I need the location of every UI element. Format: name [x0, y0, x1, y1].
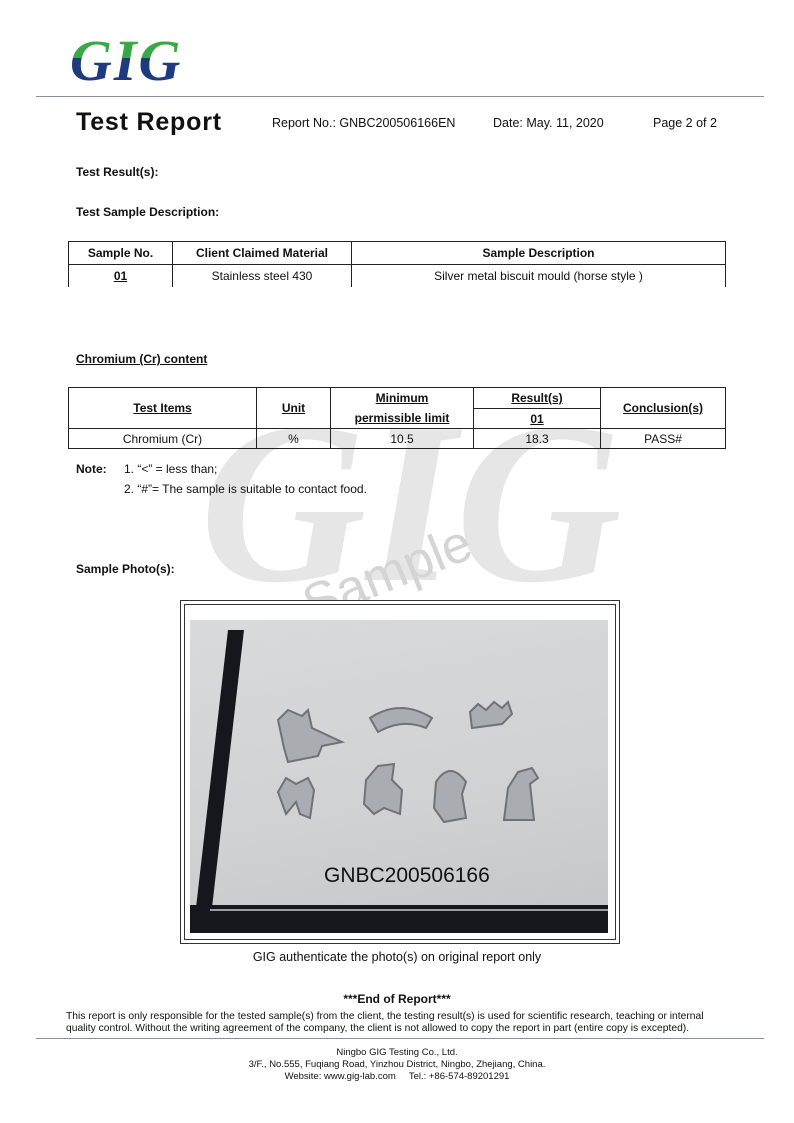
- report-date: Date: May. 11, 2020: [493, 116, 604, 130]
- cutter-witch: [364, 764, 402, 814]
- unit: %: [257, 429, 331, 449]
- photo-caption: GIG authenticate the photo(s) on origina…: [0, 950, 794, 964]
- footer-contact: Website: www.gig-lab.com Tel.: +86-574-8…: [0, 1071, 794, 1083]
- col-min-limit-line1: Minimum: [331, 388, 473, 408]
- col-material: Client Claimed Material: [173, 242, 352, 265]
- sample-description-heading: Test Sample Description:: [76, 205, 219, 219]
- description: Silver metal biscuit mould (horse style …: [352, 265, 726, 287]
- test-results-heading: Test Result(s):: [76, 165, 158, 179]
- cutter-boy: [434, 771, 466, 822]
- cutter-horse: [278, 710, 342, 762]
- cutter-giraffe: [504, 768, 538, 820]
- note-item: 2. “#”= The sample is suitable to contac…: [124, 482, 367, 496]
- report-title: Test Report: [76, 108, 222, 137]
- table-row: 01 Stainless steel 430 Silver metal bisc…: [69, 265, 726, 287]
- sample-photo: GNBC200506166: [190, 620, 608, 933]
- col-conclusion: Conclusion(s): [623, 401, 703, 415]
- col-min-limit-line2: permissible limit: [331, 408, 473, 428]
- disclaimer-line-2: quality control. Without the writing agr…: [66, 1023, 689, 1034]
- test-item: Chromium (Cr): [69, 429, 257, 449]
- cutter-bat: [470, 702, 512, 728]
- header-divider: [36, 96, 764, 97]
- cutter-rainbow: [370, 708, 432, 732]
- sample-table: Sample No. Client Claimed Material Sampl…: [68, 241, 726, 287]
- report-number: Report No.: GNBC200506166EN: [272, 116, 455, 130]
- result: 18.3: [474, 429, 601, 449]
- table-row: Chromium (Cr) % 10.5 18.3 PASS#: [69, 429, 726, 449]
- photo-sample-label: GNBC200506166: [324, 864, 490, 887]
- col-test-items: Test Items: [133, 401, 191, 415]
- photos-heading: Sample Photo(s):: [76, 562, 175, 576]
- col-sample-no: Sample No.: [69, 242, 173, 265]
- min-limit: 10.5: [331, 429, 474, 449]
- page-indicator: Page 2 of 2: [653, 116, 717, 130]
- col-results-sample: 01: [530, 412, 543, 426]
- conclusion: PASS#: [601, 429, 726, 449]
- sample-no: 01: [114, 269, 127, 283]
- col-unit: Unit: [282, 401, 305, 415]
- col-description: Sample Description: [352, 242, 726, 265]
- footer-address: 3/F., No.555, Fuqiang Road, Yinzhou Dist…: [0, 1059, 794, 1071]
- end-of-report: ***End of Report***: [0, 992, 794, 1006]
- gig-logo: GIG GIG: [70, 30, 210, 86]
- material: Stainless steel 430: [173, 265, 352, 287]
- disclaimer-line-1: This report is only responsible for the …: [66, 1011, 704, 1022]
- chromium-table: Test Items Unit Minimum permissible limi…: [68, 387, 726, 449]
- ruler-vertical: [194, 630, 244, 925]
- svg-text:Sample: Sample: [295, 514, 480, 600]
- note-label: Note:: [76, 462, 107, 476]
- footer-divider: [36, 1038, 764, 1039]
- col-results: Result(s): [511, 391, 562, 405]
- note-item: 1. “<” = less than;: [124, 462, 217, 476]
- cutter-deer: [278, 778, 314, 818]
- chromium-heading: Chromium (Cr) content: [76, 352, 207, 366]
- footer-company: Ningbo GIG Testing Co., Ltd.: [0, 1047, 794, 1059]
